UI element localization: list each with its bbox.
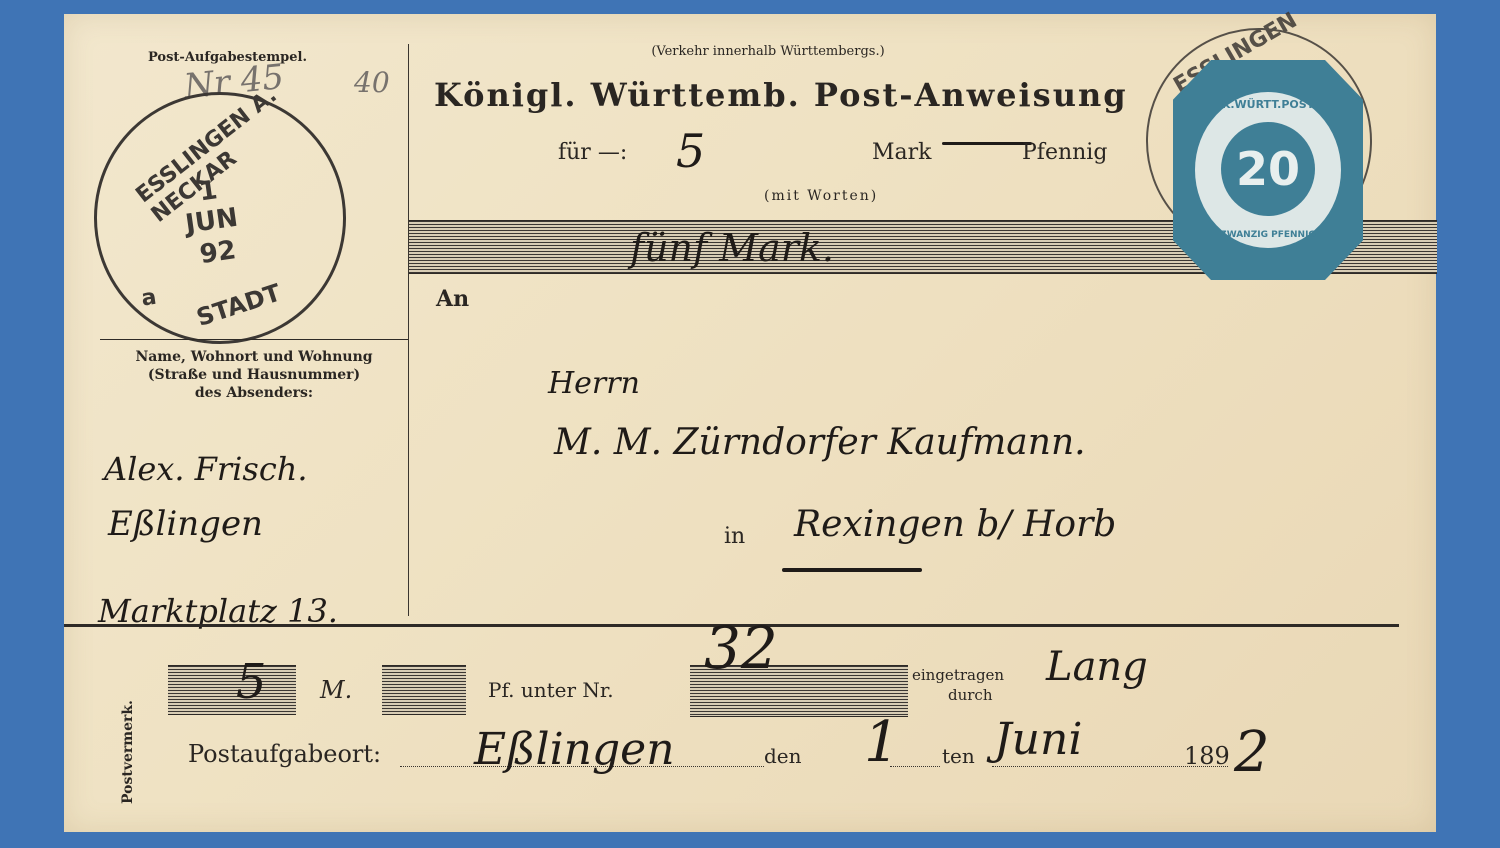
postmark-left-code: a: [140, 285, 158, 312]
amount-words: fünf Mark.: [630, 226, 834, 270]
indicium-value: 20: [1221, 122, 1315, 216]
pfennig-under-nr-label: Pf. unter Nr.: [488, 678, 614, 702]
pfennig-box: [382, 665, 466, 715]
registered-by-label: durch: [948, 686, 993, 704]
indicium-top-text: K.WÜRTT.POST: [1195, 98, 1341, 111]
origin-place: Eßlingen: [474, 724, 675, 775]
mark-label: Mark: [872, 140, 932, 165]
month-value: Juni: [994, 714, 1082, 765]
sender-label-line2: (Straße und Hausnummer): [100, 366, 408, 384]
column-divider: [408, 44, 409, 616]
postvermerk-mark-amount: 5: [236, 654, 267, 710]
postmark-left-district: STADT: [193, 279, 284, 332]
sender-label-line3: des Absenders:: [100, 384, 408, 402]
origin-label: Postaufgabeort:: [188, 740, 381, 768]
mark-stroke: [942, 142, 1032, 145]
indicium-bottom-text: ZWANZIG PFENNIG: [1195, 230, 1341, 240]
recipient-name: M. M. Zürndorfer Kaufmann.: [554, 422, 1086, 463]
place-prefix: in: [724, 524, 745, 549]
year-suffix: 2: [1234, 720, 1270, 785]
sender-town: Eßlingen: [108, 504, 263, 544]
registered-by-signature: Lang: [1046, 644, 1148, 690]
register-number: 32: [704, 614, 778, 682]
amount-numeric: 5: [676, 124, 705, 178]
place-underline: [782, 568, 922, 572]
sender-label-line1: Name, Wohnort und Wohnung: [100, 348, 408, 366]
indicium-ring: K.WÜRTT.POST 20 ZWANZIG PFENNIG: [1195, 92, 1341, 248]
mark-box: [168, 665, 296, 715]
postmark-left: ESSLINGEN A. NECKAR 1 JUN 92 STADT a: [78, 76, 363, 361]
form-subtitle: (Verkehr innerhalb Württembergs.): [408, 44, 1128, 59]
den-label: den: [764, 744, 802, 768]
sender-label: Name, Wohnort und Wohnung (Straße und Ha…: [100, 348, 408, 402]
recipient-salutation: Herrn: [548, 366, 640, 401]
pfennig-label: Pfennig: [1022, 140, 1107, 165]
form-title: Königl. Württemb. Post-Anweisung: [434, 76, 1128, 114]
recipient-prefix: An: [436, 286, 469, 312]
amount-words-label: (mit Worten): [764, 188, 878, 204]
day-field: [890, 766, 940, 767]
sender-divider: [100, 339, 408, 340]
amount-prefix: für —:: [558, 140, 627, 165]
postmark-left-year: 92: [198, 235, 238, 270]
mark-abbrev: M.: [320, 676, 352, 704]
recipient-place: Rexingen b/ Horb: [794, 504, 1116, 545]
registered-label: eingetragen: [912, 666, 1004, 684]
postage-indicium-20-pfennig: K.WÜRTT.POST 20 ZWANZIG PFENNIG: [1173, 60, 1363, 280]
year-prefix: 189: [1184, 742, 1230, 770]
pencil-note-2: 40: [354, 66, 390, 99]
sender-name: Alex. Frisch.: [104, 450, 308, 488]
ten-label: ten: [942, 744, 975, 768]
postvermerk-label: Postvermerk.: [120, 700, 136, 804]
postmark-left-month: JUN: [184, 203, 240, 240]
